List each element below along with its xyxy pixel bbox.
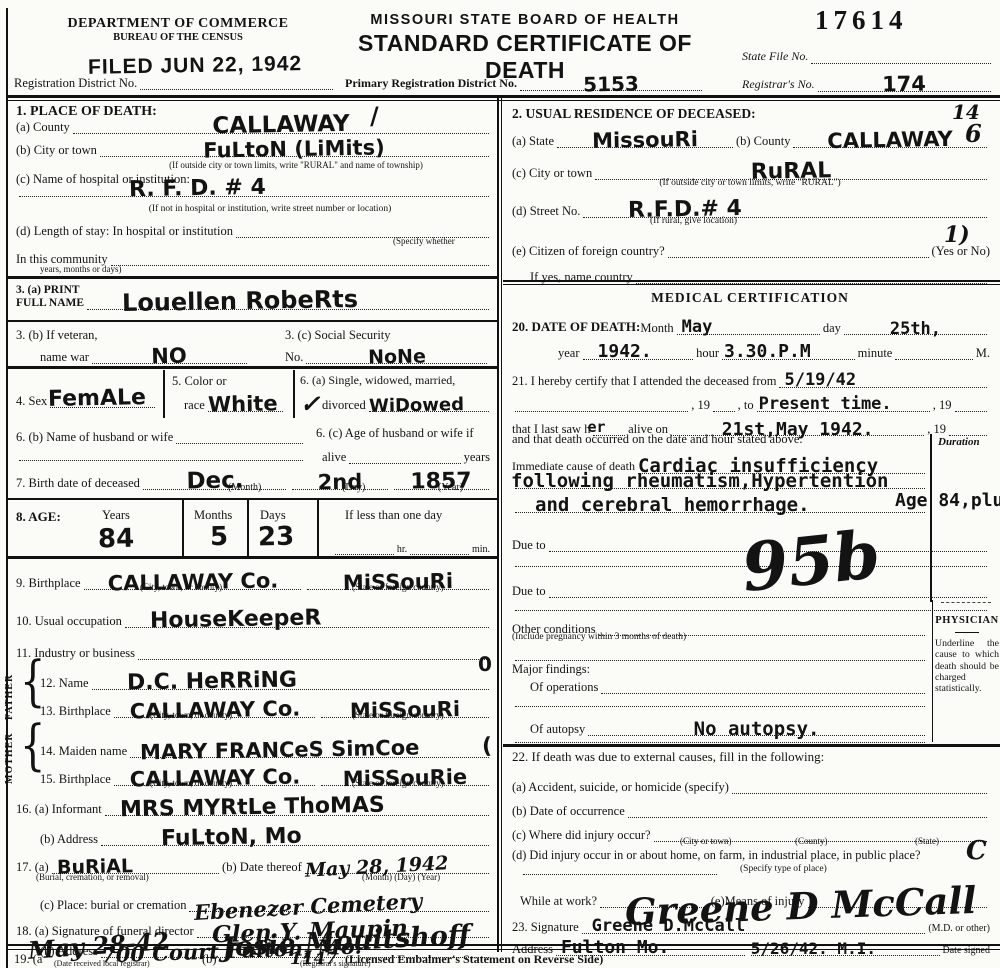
spouse-age-label1: 6. (c) Age of husband or wife if <box>316 426 474 440</box>
registrar-no-line: 174 <box>818 87 991 92</box>
duration-divider <box>930 434 932 602</box>
primary-district-row: Primary Registration District No. 5153 <box>345 77 705 91</box>
external-causes-title: 22. If death was due to external causes,… <box>512 750 824 765</box>
other-conditions-line2 <box>515 656 925 661</box>
attended-to-line: Present time. <box>757 407 930 412</box>
age-hr-label: hr. <box>397 544 407 555</box>
dod-row2: year 1942. hour 3.30.P.M minute M. <box>558 346 990 360</box>
age-less-label: If less than one day <box>345 508 442 522</box>
cause-line3: and cerebral hemorrhage. <box>515 508 925 513</box>
age-days-label: Days <box>260 508 286 522</box>
burial-hint: (Burial, cremation, or removal) <box>36 872 149 882</box>
attended-to-value: Present time. <box>759 396 892 413</box>
res-state-label: (a) State <box>512 134 554 148</box>
footer-number: 1147 <box>290 951 337 968</box>
birthdate-month-hint: (Month) <box>228 482 261 493</box>
mother-name-row: 14. Maiden name MARY FRANCeS SimCoe <box>40 744 492 758</box>
operations-row2 <box>512 702 928 707</box>
industry-line <box>138 655 489 660</box>
dod-label: 20. DATE OF DEATH: <box>512 320 640 335</box>
duration-label: Duration <box>938 436 980 449</box>
sex-row: 4. Sex FemALe <box>16 394 158 408</box>
cell-divider-1 <box>163 370 165 418</box>
pod-city-label: (b) City or town <box>16 143 97 157</box>
dod-row1: 20. DATE OF DEATH: Month May day 25th, <box>512 320 990 335</box>
full-name-label2: FULL NAME <box>16 297 84 310</box>
res-state-county-row: (a) State MissouRi (b) County CALLAWAY <box>512 134 990 148</box>
registrar-no-row: Registrar's No. 174 <box>742 78 994 92</box>
certificate-number: 17614 <box>815 5 908 36</box>
physician-date-line: 5/26/42. M.I. <box>751 951 940 956</box>
due-to-label1: Due to <box>512 538 546 552</box>
pod-county-row: (a) County CALLAWAY <box>16 120 492 134</box>
burial-place-label: (c) Place: burial or cremation <box>40 898 186 912</box>
res-city-hint: (If outside city or town limits, write "… <box>600 178 900 188</box>
father-name-row: 12. Name D.C. HeRRiNG <box>40 676 492 690</box>
pod-county-mark: / <box>370 104 379 128</box>
pod-hospital-line: R. F. D. # 4 <box>19 192 489 197</box>
marital-label2: divorced <box>322 398 366 412</box>
burial-place-line: Ebenezer Cemetery <box>189 907 489 912</box>
pod-county-value: CALLAWAY <box>212 113 350 138</box>
birthdate-label: 7. Birth date of deceased <box>16 476 140 490</box>
place-of-death-title: 1. PLACE OF DEATH: <box>16 104 157 120</box>
attended-fill3 <box>955 407 987 412</box>
physician-address-typed: Fulton Mo. <box>561 939 669 957</box>
spouse-age-label2: alive <box>322 450 346 464</box>
dod-year-line: 1942. <box>583 355 694 360</box>
state-file-label: State File No. <box>742 50 808 64</box>
father-name-label: 12. Name <box>40 676 89 690</box>
occupation-row: 10. Usual occupation HouseKeepeR <box>16 614 492 628</box>
attended-from-value: 5/19/42 <box>784 372 856 389</box>
burial-date-hint: (Month) (Day) (Year) <box>362 872 440 882</box>
res-country-row: If yes, name country <box>530 270 990 284</box>
dod-month-line: May <box>677 330 820 335</box>
rule-s2-bottom2 <box>503 284 1000 285</box>
full-name-line: Louellen RobeRts <box>87 305 489 310</box>
res-citizen-line <box>668 253 929 258</box>
mother-birthplace-hint2: (State or foreign country) <box>352 778 444 788</box>
death-certificate-scan: DEPARTMENT OF COMMERCE BUREAU OF THE CEN… <box>0 0 1000 968</box>
header-rule-2 <box>6 100 1000 101</box>
department-block: DEPARTMENT OF COMMERCE BUREAU OF THE CEN… <box>28 16 328 44</box>
physician-md-hint: (M.D. or other) <box>928 923 990 934</box>
cause-row2: following rheumatism,Hypertention <box>512 484 928 489</box>
dod-day-label: day <box>823 321 841 335</box>
dod-day-line: 25th, <box>844 330 987 335</box>
full-name-row: 3. (a) PRINT FULL NAME Louellen RobeRts <box>16 284 492 310</box>
father-birthplace-hint2: (State or foreign country) <box>352 710 444 720</box>
cause-value3: and cerebral hemorrhage. <box>535 496 810 515</box>
res-citizen-label: (e) Citizen of foreign country? <box>512 244 665 258</box>
res-county-label: (b) County <box>736 134 791 148</box>
ext-where-hint1: (City or town) <box>680 836 732 846</box>
father-name-line: D.C. HeRRiNG <box>92 685 489 690</box>
operations-row: Of operations <box>530 680 928 694</box>
husband-line2-row <box>16 456 306 461</box>
ext-date-line <box>628 813 987 818</box>
informant-value: MRS MYRtLe ThoMAS <box>120 795 385 822</box>
other-conditions-hint: (Include pregnancy within 3 months of de… <box>512 632 686 642</box>
column-divider-2 <box>501 96 502 952</box>
veteran-value: NO <box>152 346 188 368</box>
physician-address-row: Address Fulton Mo. 5/26/42. M.I. Date si… <box>512 942 990 956</box>
marital-checkmark: ✓ <box>300 392 320 416</box>
autopsy-line: No autopsy. <box>588 731 925 736</box>
age-hr-min-row: hr. min. <box>332 544 490 555</box>
physician-sidebar: PHYSICIAN Underline the cause to which d… <box>932 600 999 742</box>
pod-stay-label: (d) Length of stay: In hospital or insti… <box>16 224 233 238</box>
marital-line: WiDowed <box>369 407 489 412</box>
physician-date-typed: 5/26/42. M.I. <box>751 941 876 957</box>
res-state-value: MissouRi <box>592 129 698 152</box>
registration-district-row: Registration District No. <box>14 76 336 90</box>
pod-community-line <box>111 261 489 266</box>
physician-date-hint: Date signed <box>943 945 991 956</box>
physician-address-line: Fulton Mo. <box>556 951 745 956</box>
pod-hospital-value: R. F. D. # 4 <box>129 177 266 201</box>
sex-line: FemALe <box>50 403 155 408</box>
ext-place-mark: C <box>966 838 987 864</box>
residence-title: 2. USUAL RESIDENCE OF DECEASED: <box>512 106 756 122</box>
autopsy-row: Of autopsy No autopsy. <box>530 722 928 736</box>
mother-birthplace-hint1: (City, town, or county) <box>150 778 232 788</box>
rule-s3-bottom <box>6 366 499 369</box>
mother-row-mark: ( <box>482 736 492 758</box>
operations-label: Of operations <box>530 680 598 694</box>
full-name-value: Louellen RobeRts <box>122 287 358 315</box>
rule-s2-bottom1 <box>503 280 1000 282</box>
attended-row1: 21. I hereby certify that I attended the… <box>512 374 990 388</box>
attended-label: 21. I hereby certify that I attended the… <box>512 374 776 388</box>
cause-value2: following rheumatism,Hypertention <box>511 472 889 491</box>
registrar-no-label: Registrar's No. <box>742 78 815 92</box>
age-months-label: Months <box>194 508 232 522</box>
veteran-label1: 3. (b) If veteran, <box>16 328 98 342</box>
burial-date-label: (b) Date thereof <box>222 860 302 874</box>
dod-month-label: Month <box>640 321 673 335</box>
ext-accident-row: (a) Accident, suicide, or homicide (spec… <box>512 780 990 794</box>
due-to-line2b <box>515 606 987 611</box>
birthplace-label: 9. Birthplace <box>16 576 81 590</box>
husband-line <box>176 439 303 444</box>
informant-row: 16. (a) Informant MRS MYRtLe ThoMAS <box>16 802 492 816</box>
board-title: MISSOURI STATE BOARD OF HEALTH <box>340 12 710 28</box>
father-side-label: FATHER <box>4 658 15 720</box>
marital-row: divorced WiDowed <box>322 398 492 412</box>
autopsy-line2 <box>515 738 925 743</box>
res-citizen-mark: 1) <box>944 224 970 246</box>
ext-place-label: (d) Did injury occur in or about home, o… <box>512 848 920 862</box>
husband-label: 6. (b) Name of husband or wife <box>16 430 173 444</box>
marital-value: WiDowed <box>369 397 464 417</box>
primary-district-label: Primary Registration District No. <box>345 77 517 91</box>
attended-fill2 <box>713 407 735 412</box>
res-city-label: (c) City or town <box>512 166 592 180</box>
ext-place-hint: (Specify type of place) <box>740 864 827 874</box>
physician-note: Underline the cause to which death shoul… <box>935 638 999 694</box>
veteran-label2: name war <box>40 350 89 364</box>
pod-city-hint: (If outside city or town limits, write "… <box>100 160 492 170</box>
father-name-value: D.C. HeRRiNG <box>126 670 296 695</box>
spouse-age-line <box>349 459 460 464</box>
attended-from-line: 5/19/42 <box>779 383 987 388</box>
informant-line: MRS MYRtLe ThoMAS <box>105 811 489 816</box>
age-min-label: min. <box>472 544 490 555</box>
mother-name-label: 14. Maiden name <box>40 744 127 758</box>
res-street-hint: (If rural, give location) <box>650 216 737 226</box>
pod-city-value: FuLtoN (LiMits) <box>204 138 386 162</box>
mother-side-label: MOTHER <box>4 722 15 784</box>
husband-line2 <box>19 456 303 461</box>
age-divider-2 <box>247 500 249 556</box>
res-county-value: CALLAWAY <box>827 129 953 152</box>
marital-label1: 6. (a) Single, widowed, married, <box>300 374 455 388</box>
ext-where-hint3: (State) <box>915 836 939 846</box>
pod-county-line: CALLAWAY <box>73 129 489 134</box>
attended-19a: , 19 <box>691 398 710 412</box>
burial-place-row: (c) Place: burial or cremation Ebenezer … <box>40 898 492 912</box>
attended-fill1 <box>515 407 688 412</box>
ext-work-label: While at work? <box>520 894 597 908</box>
mother-name-value: MARY FRANCeS SimCoe <box>140 738 420 764</box>
registrar-sig-label: (b) <box>202 952 217 966</box>
state-file-line <box>811 59 991 64</box>
res-state-line: MissouRi <box>557 143 733 148</box>
pod-hospital-hint: (If not in hospital or institution, writ… <box>70 204 470 214</box>
spouse-age-suffix: years <box>464 450 490 464</box>
ext-place-line <box>523 870 717 875</box>
birthdate-month-line: Dec. <box>143 485 286 490</box>
informant-address-label: (b) Address <box>40 832 98 846</box>
dod-day-value: 25th, <box>890 321 941 338</box>
ssn-row: No. NoNe <box>285 350 490 364</box>
rule-name-bottom <box>6 320 499 322</box>
other-conditions-row2 <box>512 656 928 661</box>
res-street-row: (d) Street No. R.F.D.# 4 <box>512 204 990 218</box>
pod-county-label: (a) County <box>16 120 70 134</box>
res-street-line: R.F.D.# 4 <box>583 213 987 218</box>
age-divider-3 <box>317 500 319 556</box>
death-occurred-text: and that death occurred on the date and … <box>512 432 803 446</box>
pod-stay-note: (Specify whether <box>393 236 455 246</box>
race-line: White <box>208 407 283 412</box>
header-rule-1 <box>6 95 1000 98</box>
physician-address-label: Address <box>512 942 553 956</box>
father-birthplace-hint1: (City, town, or county) <box>150 710 232 720</box>
age-years-value: 84 <box>98 526 135 553</box>
dod-hour-label: hour <box>696 346 719 360</box>
occupation-value: HouseKeepeR <box>150 608 322 633</box>
spouse-age-row: alive years <box>322 450 490 464</box>
cause-line2: following rheumatism,Hypertention <box>515 484 925 489</box>
major-findings-label: Major findings: <box>512 662 590 676</box>
autopsy-value: No autopsy. <box>694 720 820 739</box>
father-birthplace-label: 13. Birthplace <box>40 704 111 718</box>
informant-address-value: FuLtoN, Mo <box>161 826 302 850</box>
sex-label: 4. Sex <box>16 394 47 408</box>
dod-m-suffix: M. <box>976 346 990 360</box>
race-row: race White <box>184 398 286 412</box>
autopsy-label: Of autopsy <box>530 722 585 736</box>
rule-medical-bottom <box>503 744 1000 747</box>
physician-title: PHYSICIAN <box>935 615 999 627</box>
age-months-value: 5 <box>210 524 229 550</box>
rule-s8-bottom <box>6 556 499 559</box>
age-years-label: Years <box>102 508 130 522</box>
medical-certification-title: MEDICAL CERTIFICATION <box>505 290 995 306</box>
cell-divider-2 <box>293 370 295 418</box>
dod-year-value: 1942. <box>598 343 652 361</box>
column-divider-1 <box>497 96 499 952</box>
dod-hour-line: 3.30.P.M <box>722 355 855 360</box>
rule-s7-bottom <box>6 498 499 500</box>
ssn-label1: 3. (c) Social Security <box>285 328 391 342</box>
full-name-label1: 3. (a) PRINT <box>16 284 84 297</box>
pod-hospital-row: R. F. D. # 4 <box>16 192 492 197</box>
dod-year-label: year <box>558 346 580 360</box>
race-label1: 5. Color or <box>172 374 227 388</box>
res-street-label: (d) Street No. <box>512 204 580 218</box>
physician-signature-label: 23. Signature <box>512 920 579 934</box>
ext-where-label: (c) Where did injury occur? <box>512 828 651 842</box>
ssn-label2: No. <box>285 350 303 364</box>
veteran-row: name war NO <box>40 350 250 364</box>
rule-s1-bottom <box>6 276 499 279</box>
attended-19b: , 19 <box>933 398 952 412</box>
pod-city-row: (b) City or town FuLtoN (LiMits) <box>16 143 492 157</box>
age-days-value: 23 <box>258 524 295 551</box>
ext-accident-label: (a) Accident, suicide, or homicide (spec… <box>512 780 729 794</box>
department-line1: DEPARTMENT OF COMMERCE <box>28 16 328 32</box>
ext-where-hint2: (County) <box>795 836 828 846</box>
birthdate-year-hint: (Year) <box>438 482 463 493</box>
res-mark-2: 6 <box>965 122 982 146</box>
dod-hour-value: 3.30.P.M <box>724 343 811 361</box>
age-min-line <box>410 550 469 555</box>
cause-row3: and cerebral hemorrhage. <box>512 508 928 513</box>
age-divider-1 <box>182 500 184 556</box>
ext-date-row: (b) Date of occurrence <box>512 804 990 818</box>
res-county-line: CALLAWAY <box>793 143 987 148</box>
cause-age-note: Age 84,plus <box>895 492 1000 510</box>
state-file-row: State File No. <box>742 50 994 64</box>
industry-row: 11. Industry or business <box>16 646 492 660</box>
ext-date-label: (b) Date of occurrence <box>512 804 625 818</box>
primary-district-value: 5153 <box>583 73 639 94</box>
dod-minute-label: minute <box>858 346 893 360</box>
received-hint: (Date received local registrar) <box>54 959 150 968</box>
father-row-mark: 0 <box>478 654 492 674</box>
attended-row2: , 19 , to Present time. , 19 <box>512 398 990 412</box>
race-label2: race <box>184 398 205 412</box>
registration-district-line <box>140 85 333 90</box>
dod-minute-line <box>895 355 972 360</box>
autopsy-row2 <box>512 738 928 743</box>
res-country-label: If yes, name country <box>530 270 633 284</box>
occupation-label: 10. Usual occupation <box>16 614 122 628</box>
informant-label: 16. (a) Informant <box>16 802 102 816</box>
mother-name-line: MARY FRANCeS SimCoe <box>130 753 489 758</box>
ssn-line: NoNe <box>306 359 487 364</box>
due-to-label2: Due to <box>512 584 546 598</box>
primary-district-line: 5153 <box>520 86 702 91</box>
res-citizen-row: (e) Citizen of foreign country? (Yes or … <box>512 244 990 258</box>
birthdate-day-hint: (Day) <box>342 482 365 493</box>
ext-place-line-row <box>520 870 720 875</box>
attended-to-label: , to <box>738 398 754 412</box>
birthplace-hint1: (City, town, or county) <box>140 582 222 592</box>
due-to-row2b <box>512 606 990 611</box>
birthplace-hint2: (State or foreign country) <box>352 582 444 592</box>
registrar-no-value: 174 <box>882 73 926 95</box>
husband-row: 6. (b) Name of husband or wife <box>16 430 306 444</box>
informant-address-row: (b) Address FuLtoN, Mo <box>40 832 492 846</box>
department-line2: BUREAU OF THE CENSUS <box>28 32 328 44</box>
ssn-value: NoNe <box>368 348 426 368</box>
dod-month-value: May <box>682 319 713 336</box>
mother-birthplace-label: 15. Birthplace <box>40 772 111 786</box>
age-hr-line <box>335 550 394 555</box>
registration-district-label: Registration District No. <box>14 76 137 90</box>
physician-scrawl: 95b <box>739 521 883 601</box>
veteran-line: NO <box>92 359 247 364</box>
ext-accident-line <box>732 789 987 794</box>
race-value: White <box>208 394 278 416</box>
operations-line2 <box>515 702 925 707</box>
left-border <box>6 8 8 968</box>
sex-value: FemALe <box>48 388 146 412</box>
occupation-line: HouseKeepeR <box>125 623 489 628</box>
pod-community-note: years, months or days) <box>40 264 121 274</box>
age-label: 8. AGE: <box>16 510 61 525</box>
operations-line <box>601 689 925 694</box>
pod-city-line: FuLtoN (LiMits) <box>100 152 489 157</box>
birthdate-day-line: 2nd <box>292 485 387 490</box>
informant-address-line: FuLtoN, Mo <box>101 841 489 846</box>
